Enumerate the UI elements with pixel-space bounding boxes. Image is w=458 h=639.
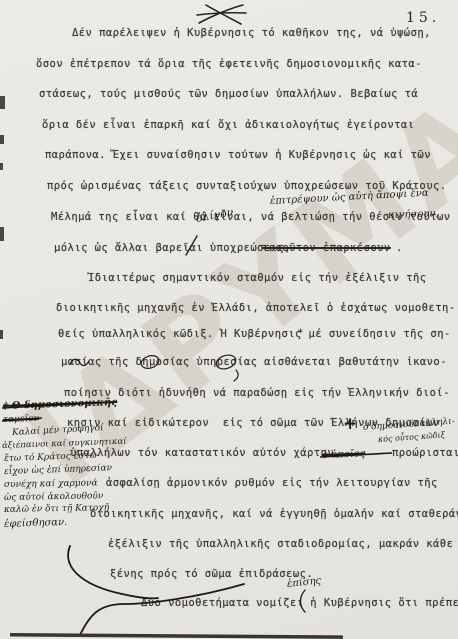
typed-line-struck: τοσοῦτον ἐπαρκέσουν [262, 242, 391, 255]
typed-line: ξένης πρός τό σῶμα ἐπιδράσεως. [110, 568, 313, 581]
typed-line: μόλις ὡς ἄλλαι βαρεῖαι ὑποχρεώσεις, [54, 242, 291, 255]
handwritten-note: συνέχη καί χαρμονά [4, 478, 98, 490]
handwritten-note: ἐφείσθησαν. [4, 517, 68, 530]
handwritten-note: ἐπίσης [286, 575, 321, 590]
handwritten-note: + [343, 414, 357, 434]
typed-line: διοικητικῆς μηχανῆς ἐν Ἑλλάδι, ἀποτελεῖ … [56, 302, 456, 315]
typed-line: Δέν παρέλειψεν ἡ Κυβέρνησις τό καθῆκον τ… [72, 27, 431, 40]
typed-line: ὑπαλλήλων τόν καταστατικόν αὐτόν χάρτην, [70, 447, 341, 460]
typed-line: μασίας τῆς δημοσίας ὑπηρεσίας αἰσθάνεται… [61, 356, 447, 369]
bottom-scan-line [10, 633, 343, 639]
handwritten-note: ∗ [297, 326, 304, 337]
handwritten-note: κινήσουν, [388, 208, 439, 221]
scan-edge-artifacts [0, 96, 5, 339]
margin-brace [68, 546, 244, 635]
typed-line: ποίησιν διότι ἠδυνήθη νά παραδώσῃ εἰς τή… [64, 387, 450, 400]
typed-line: διοικητικῆς μηχανῆς, καί νά ἐγγυηθῇ ὁμαλ… [90, 508, 458, 521]
typed-line: ἀσφαλίσῃ ἁρμονικόν ρυθμόν εἰς τήν λειτου… [106, 477, 438, 490]
typed-line: ἐξέλιξιν τῆς ὑπαλληλικῆς σταδιοδρομίας, … [108, 538, 453, 551]
page-number: 15. [406, 10, 440, 26]
handwritten-note: ὡς αὐτοί ἀκολουθοῦν [4, 491, 104, 503]
handwritten-note: κός οὗτος κῶδιξ [378, 430, 446, 444]
typed-line: προώρισται [392, 447, 458, 460]
typed-line: . [396, 242, 403, 255]
typed-line: παράπονα. Ἔχει συναίσθησιν τούτων ἡ Κυβέ… [45, 149, 431, 162]
typed-line: στάσεως, τούς μισθούς τῶν δημοσίων ὑπαλλ… [39, 88, 418, 101]
handwritten-strikeout: ὁ ὁποῖος [322, 448, 366, 461]
handwritten-note: καλῶ ἐν ὅτι τῇ Κατοχῇ [4, 503, 109, 515]
typed-line: Δύο νομοθετήματα νομίζει ἡ Κυβέρνησις ὅτ… [141, 597, 458, 610]
typed-line: Ἰδιαιτέρως σημαντικόν σταθμόν εἰς τήν ἐξ… [88, 272, 427, 285]
asterisk-mark [197, 5, 246, 24]
typed-line: ὅρια δέν εἶναι ἐπαρκῆ καί ὄχι ἀδικαιολογ… [42, 119, 414, 132]
scanned-document-page: ΙΔΡΥΜΑ 15. Δέν παρέλειψεν ἡ Κυβέρνησις τ… [0, 0, 458, 639]
typed-line: θείς ὑπαλληλικός κῶδιξ. Ἡ Κυβέρνησις μέ … [58, 328, 451, 341]
handwritten-strikeout: ταμεῖον [3, 414, 39, 425]
typed-line: ὅσον ἐπέτρεπον τά ὅρια τῆς ἐφετεινῆς δημ… [36, 58, 422, 71]
